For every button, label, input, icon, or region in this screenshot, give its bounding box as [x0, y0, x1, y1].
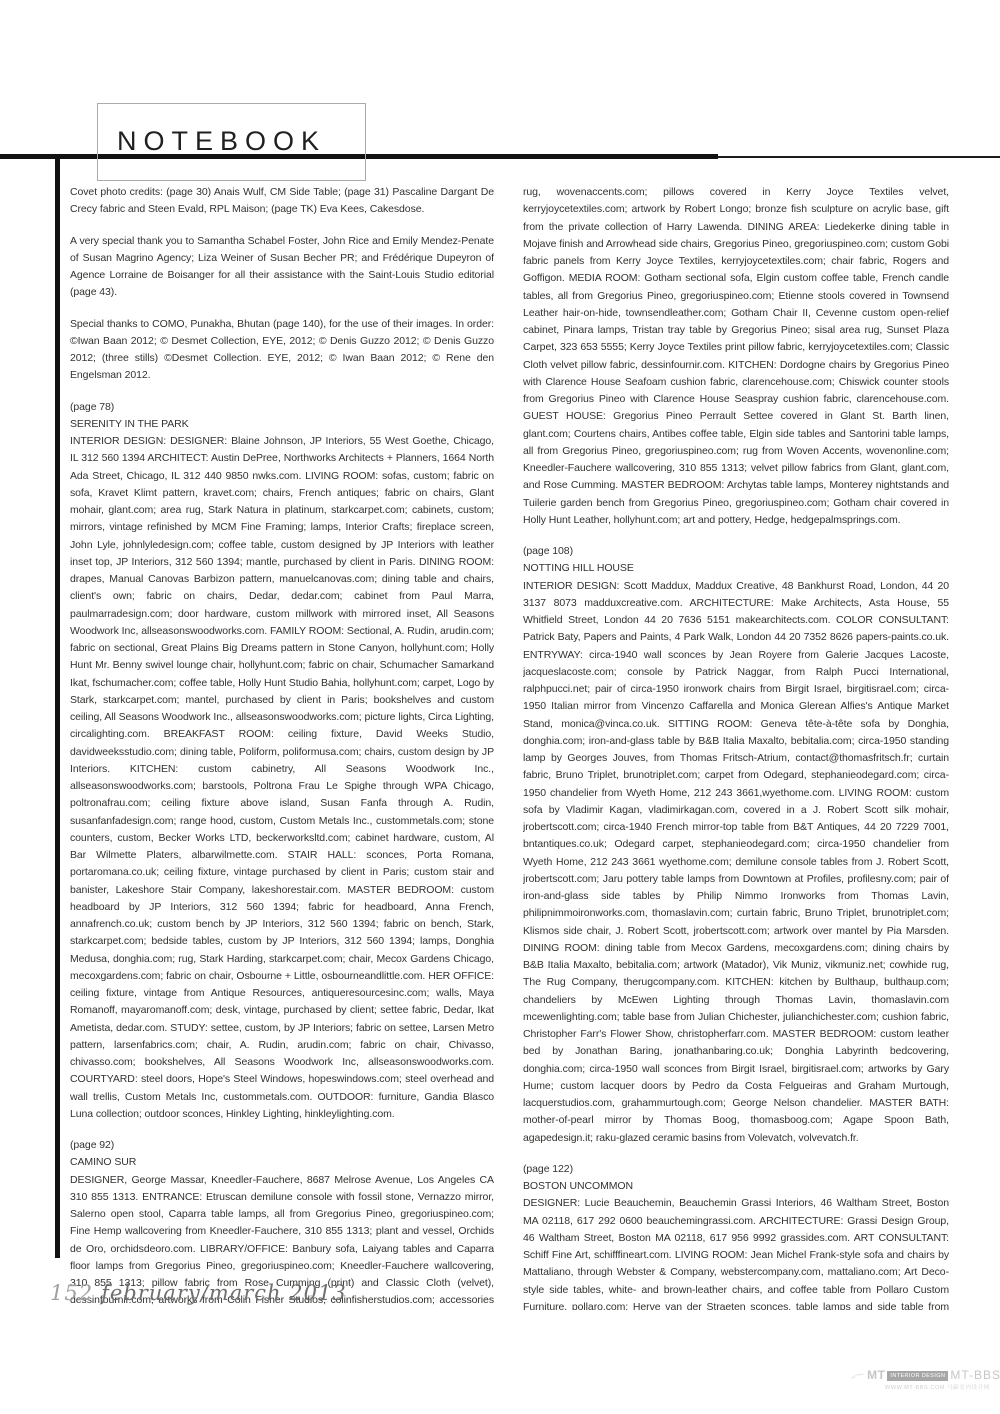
watermark-brand: MT-BBS	[950, 1369, 1000, 1382]
section-serenity-in-the-park: (page 78) SERENITY IN THE PARK INTERIOR …	[70, 399, 494, 1124]
watermark-interior-design-badge: INTERIOR DESIGN	[887, 1371, 948, 1380]
section-title: BOSTON UNCOMMON	[523, 1178, 949, 1195]
watermark-url: WWW.MT-BBS.COM	[885, 1385, 945, 1391]
folio-page-number: 152	[50, 1281, 93, 1305]
swoosh-icon	[851, 1368, 864, 1384]
section-page-label: (page 108)	[523, 543, 949, 560]
footer-folio: 152february/march 2013	[50, 1281, 347, 1305]
mt-bbs-watermark: MT INTERIOR DESIGN MT-BBS WWW.MT-BBS.COM…	[851, 1368, 1000, 1391]
section-body: INTERIOR DESIGN: Scott Maddux, Maddux Cr…	[523, 578, 949, 1147]
section-title: NOTTING HILL HOUSE	[523, 560, 949, 577]
left-margin-rule	[55, 154, 60, 1258]
watermark-cjk-text: 马蹄室内设计网	[947, 1385, 990, 1391]
section-boston-uncommon: (page 122) BOSTON UNCOMMON DESIGNER: Luc…	[523, 1161, 949, 1310]
watermark-url-row: WWW.MT-BBS.COM 马蹄室内设计网	[851, 1385, 1000, 1391]
magazine-page: NOTEBOOK Covet photo credits: (page 30) …	[0, 0, 1000, 1414]
section-body: INTERIOR DESIGN: DESIGNER: Blaine Johnso…	[70, 433, 494, 1123]
watermark-row: MT INTERIOR DESIGN MT-BBS	[851, 1368, 1000, 1384]
section-title: SERENITY IN THE PARK	[70, 416, 494, 433]
camino-sur-continuation: rug, wovenaccents.com; pillows covered i…	[523, 184, 949, 529]
page-title: NOTEBOOK	[117, 126, 326, 157]
section-notting-hill-house: (page 108) NOTTING HILL HOUSE INTERIOR D…	[523, 543, 949, 1147]
section-page-label: (page 122)	[523, 1161, 949, 1178]
section-page-label: (page 92)	[70, 1137, 494, 1154]
watermark-mt-label: MT	[867, 1369, 885, 1382]
thank-you-paragraph: A very special thank you to Samantha Sch…	[70, 233, 494, 302]
special-thanks-paragraph: Special thanks to COMO, Punakha, Bhutan …	[70, 316, 494, 385]
left-text-column: Covet photo credits: (page 30) Anais Wul…	[70, 184, 494, 1310]
section-page-label: (page 78)	[70, 399, 494, 416]
right-text-column: rug, wovenaccents.com; pillows covered i…	[523, 184, 949, 1310]
section-title: CAMINO SUR	[70, 1154, 494, 1171]
top-rule-light	[718, 156, 1000, 158]
credits-paragraph: Covet photo credits: (page 30) Anais Wul…	[70, 184, 494, 219]
section-body: DESIGNER: Lucie Beauchemin, Beauchemin G…	[523, 1195, 949, 1310]
folio-issue-date: february/march 2013	[101, 1281, 347, 1305]
